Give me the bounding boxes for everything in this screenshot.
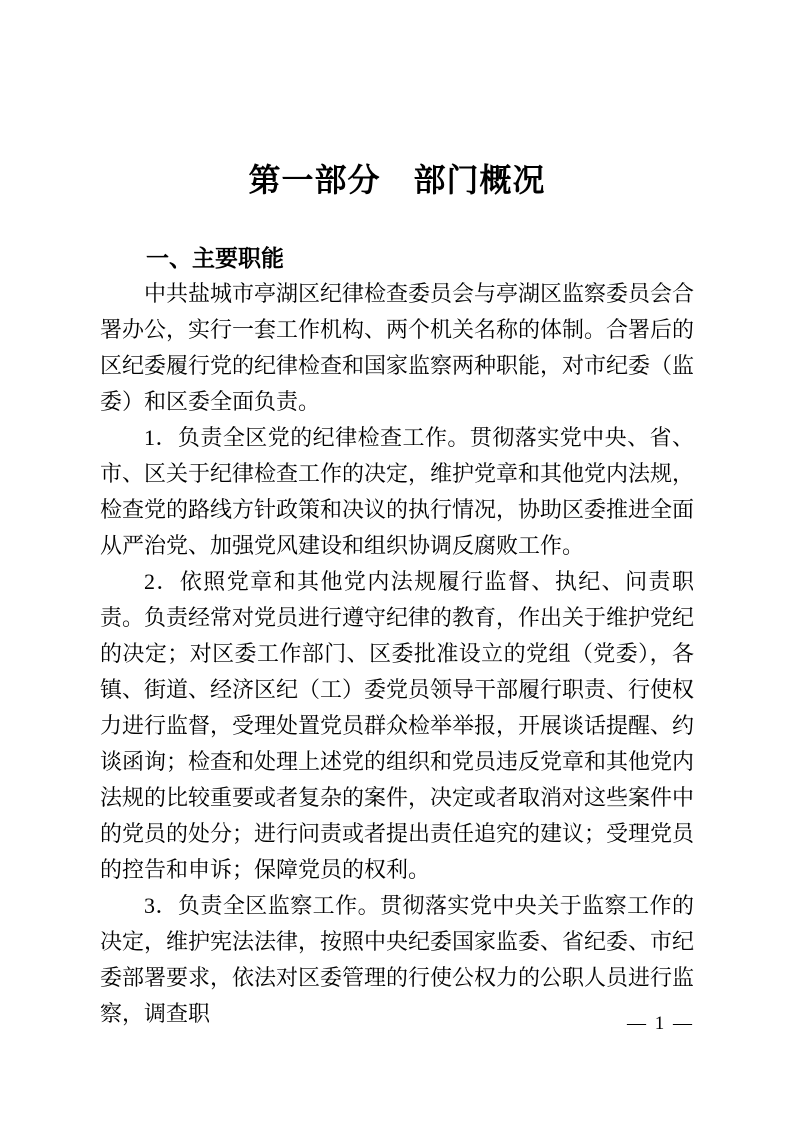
paragraph: 1．负责全区党的纪律检查工作。贯彻落实党中央、省、市、区关于纪律检查工作的决定，… (100, 420, 694, 564)
page-title: 第一部分 部门概况 (100, 0, 694, 202)
document-page: 第一部分 部门概况 一、主要职能 中共盐城市亭湖区纪律检查委员会与亭湖区监察委员… (0, 0, 794, 1123)
paragraph: 3．负责全区监察工作。贯彻落实党中央关于监察工作的决定，维护宪法法律，按照中央纪… (100, 888, 694, 1032)
page-content: 第一部分 部门概况 一、主要职能 中共盐城市亭湖区纪律检查委员会与亭湖区监察委员… (100, 0, 694, 1032)
body-text: 中共盐城市亭湖区纪律检查委员会与亭湖区监察委员会合署办公，实行一套工作机构、两个… (100, 276, 694, 1032)
section-heading: 一、主要职能 (100, 240, 694, 276)
paragraph: 中共盐城市亭湖区纪律检查委员会与亭湖区监察委员会合署办公，实行一套工作机构、两个… (100, 276, 694, 420)
paragraph: 2．依照党章和其他党内法规履行监督、执纪、问责职责。负责经常对党员进行遵守纪律的… (100, 564, 694, 888)
page-number: — 1 — (627, 1012, 694, 1036)
